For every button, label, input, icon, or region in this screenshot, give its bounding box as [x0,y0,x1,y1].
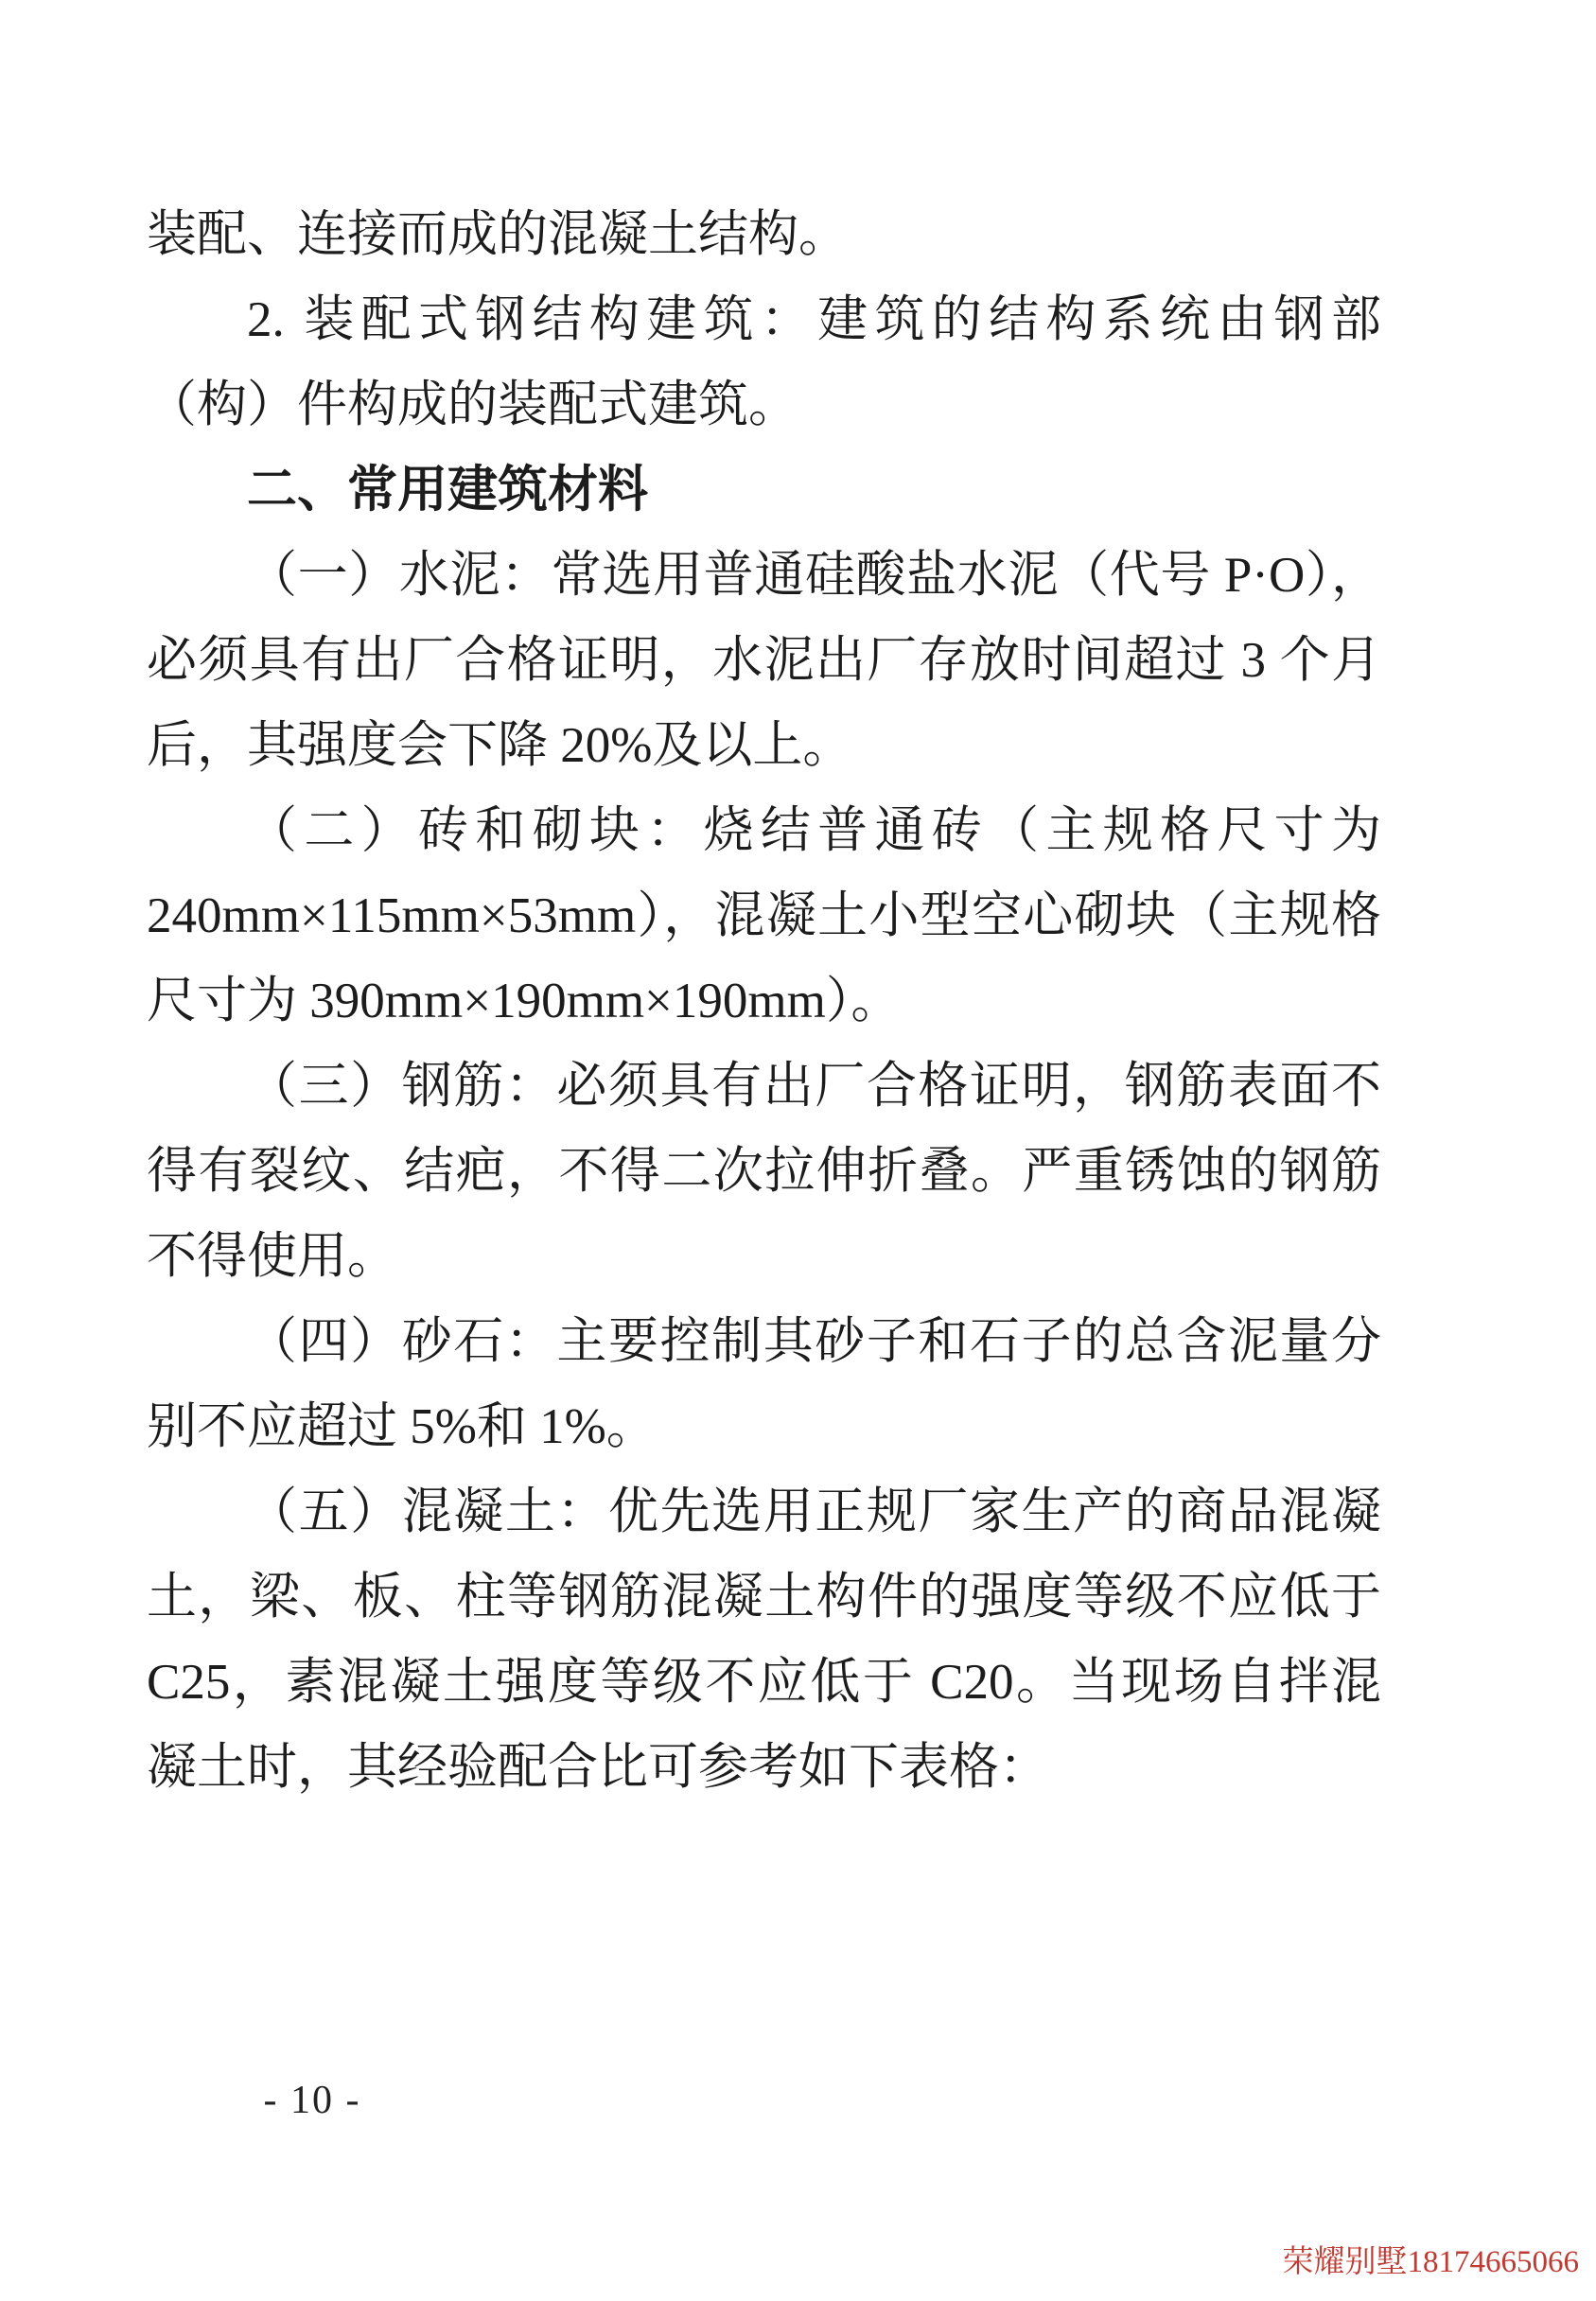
section-heading: 二、常用建筑材料 [147,448,1381,533]
text-line: 别不应超过 5%和 1%。 [147,1384,1381,1469]
text-line: 尺寸为 390mm×190mm×190mm）。 [147,958,1381,1044]
text-line: 装配、连接而成的混凝土结构。 [147,192,1381,277]
text-line: 2. 装配式钢结构建筑：建筑的结构系统由钢部 [147,277,1381,362]
text-line: 240mm×115mm×53mm），混凝土小型空心砌块（主规格 [147,873,1381,958]
text-line: C25，素混凝土强度等级不应低于 C20。当现场自拌混 [147,1640,1381,1725]
document-page: 装配、连接而成的混凝土结构。 2. 装配式钢结构建筑：建筑的结构系统由钢部 （构… [0,0,1596,2301]
text-line: （二）砖和砌块：烧结普通砖（主规格尺寸为 [147,788,1381,873]
text-line: （四）砂石：主要控制其砂子和石子的总含泥量分 [147,1299,1381,1384]
text-line: （构）件构成的装配式建筑。 [147,362,1381,448]
body-text-block: 装配、连接而成的混凝土结构。 2. 装配式钢结构建筑：建筑的结构系统由钢部 （构… [147,192,1381,1810]
text-line: 必须具有出厂合格证明，水泥出厂存放时间超过 3 个月 [147,618,1381,703]
text-line: （三）钢筋：必须具有出厂合格证明，钢筋表面不 [147,1044,1381,1129]
watermark-text: 荣耀别墅18174665066 [1283,2237,1580,2281]
text-line: 土，梁、板、柱等钢筋混凝土构件的强度等级不应低于 [147,1554,1381,1640]
text-line: 凝土时，其经验配合比可参考如下表格： [147,1725,1381,1810]
text-line: 不得使用。 [147,1214,1381,1299]
text-line: 得有裂纹、结疤，不得二次拉伸折叠。严重锈蚀的钢筋 [147,1129,1381,1214]
page-number: - 10 - [147,2078,478,2123]
text-line: （一）水泥：常选用普通硅酸盐水泥（代号 P·O）， [147,533,1381,618]
text-line: （五）混凝土：优先选用正规厂家生产的商品混凝 [147,1469,1381,1554]
text-line: 后，其强度会下降 20%及以上。 [147,703,1381,788]
